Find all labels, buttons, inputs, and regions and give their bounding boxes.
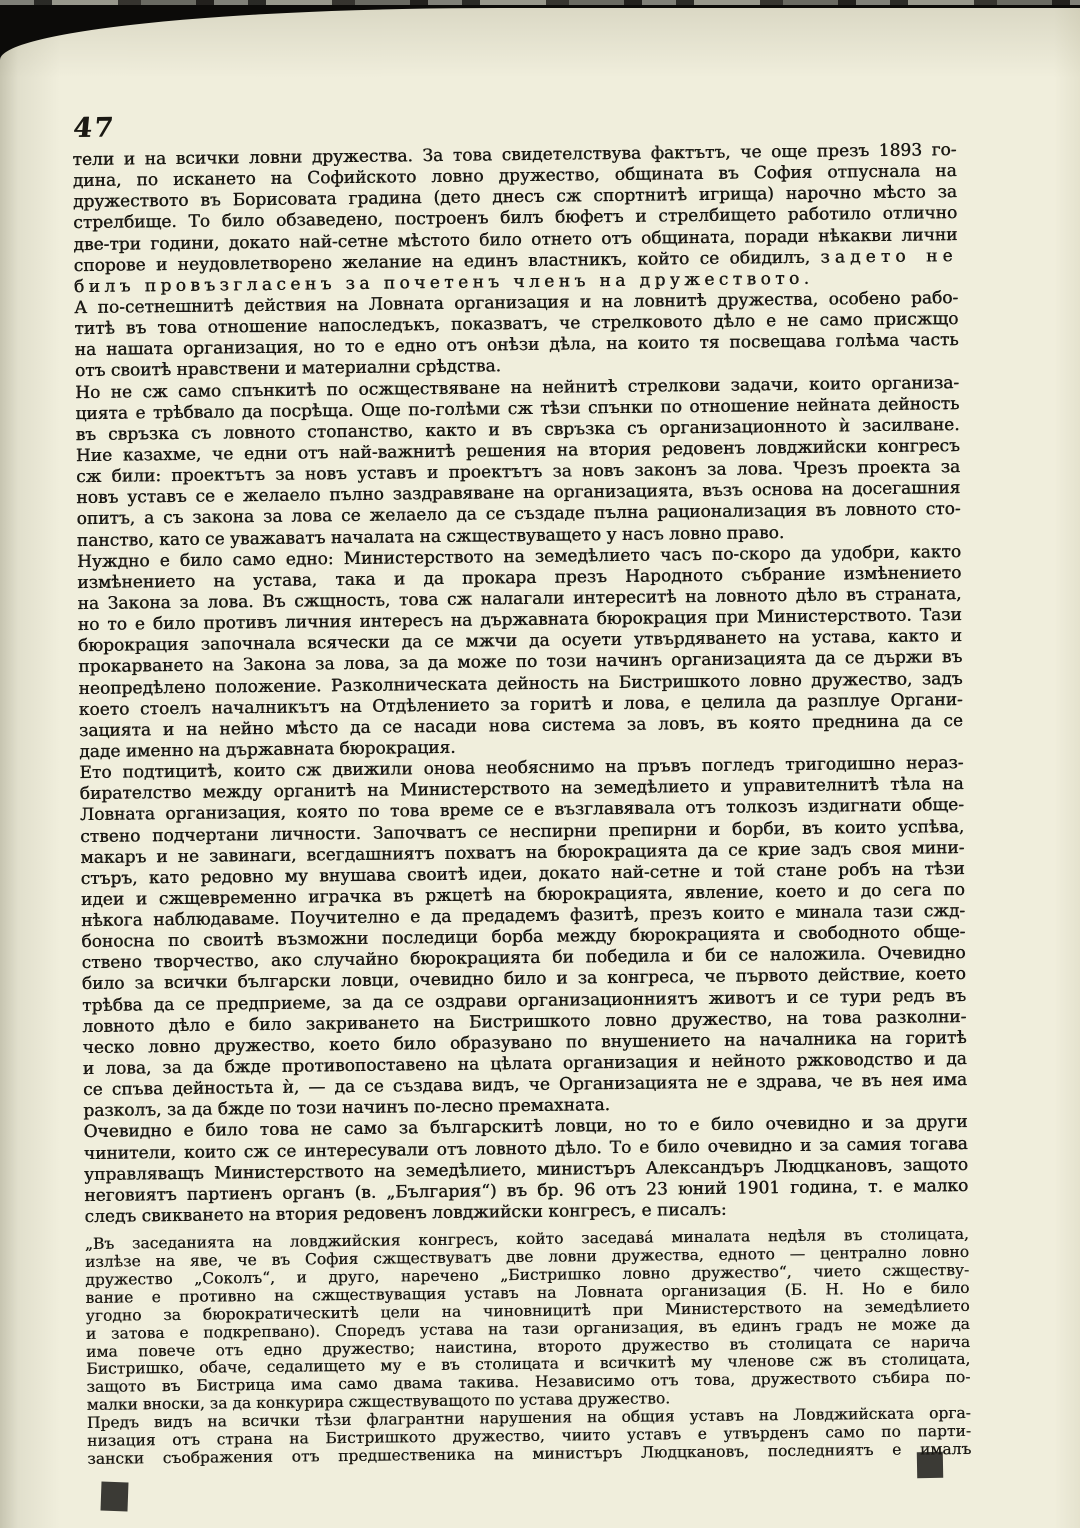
body-text: тели и на всички ловни дружества. За тов… bbox=[72, 140, 968, 1228]
page-number: 47 bbox=[72, 114, 145, 143]
page-content: 47 тели и на всички ловни дружества. За … bbox=[72, 105, 971, 1469]
ink-mark-left bbox=[101, 1482, 129, 1512]
letterspaced-text: задето не bbox=[820, 246, 957, 268]
scanner-edge bbox=[0, 0, 1080, 5]
quote-block: „Въ заседанията на ловджийския конгресъ,… bbox=[85, 1226, 972, 1469]
